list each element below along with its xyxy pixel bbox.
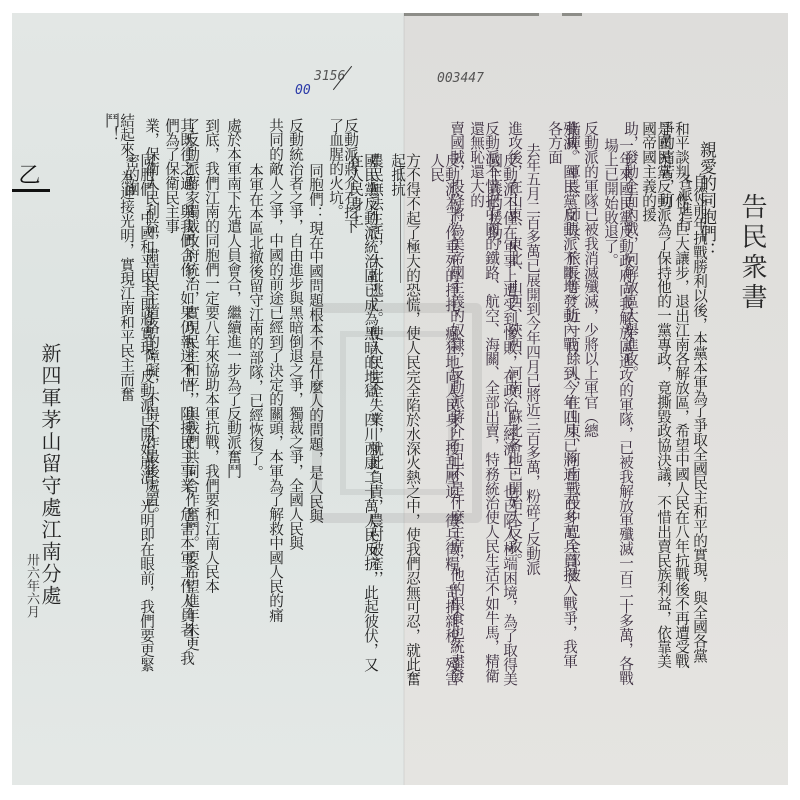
- body-column: 反動派的軍隊已被我消滅殲滅，少將以上軍官（總: [583, 121, 598, 673]
- body-column: 反動派為了作垂死的掙扎，瘋狂地向人民身上搜刮壓迫，徵兵徵糧，苛捐雜稅，殘害人民: [429, 153, 459, 693]
- bleed-through-ink: 乙: [12, 163, 43, 185]
- body-column: 去年五月二百多萬已展開到今年四月已將近三百多萬，粉碎了反動派: [525, 143, 540, 695]
- body-column: 同胞們：現在中國問題根本不是什麼人的問題，是人民與: [308, 163, 323, 663]
- body-column: 本軍在本區北撤後留守江南的部隊，已經恢復了。: [248, 163, 263, 663]
- body-column: 是國民黨反動派為了保持他的一黨專政，竟撕毀政協決議，不惜出賣民族利益，依靠美國帝…: [641, 121, 671, 673]
- archive-handwritten-number-right: 003447: [437, 71, 484, 86]
- body-column: 殲滅。國民黨反動派不斷地發動內戰，到今年四月已將近三百多萬兵員投入戰爭，我軍各方…: [547, 121, 577, 673]
- bleed-through-stroke: [12, 189, 50, 192]
- torn-edge: [562, 13, 582, 16]
- body-column: 共同的敵人之爭，中國的前途已經到了決定的關頭，本軍為了解救中國人民的痛: [268, 118, 283, 678]
- archive-stamp-number: 00: [295, 83, 311, 98]
- document-title: 告民衆書: [734, 193, 771, 313]
- body-column: 其既往之過，與我們合作，如果仍執迷不悟，阻撓民主事業，危害本軍工作人員者，我們為…: [164, 118, 194, 678]
- torn-edge: [404, 13, 539, 16]
- body-column: 一年來國民黨反動政府向我解放區進攻的軍隊，已被我解放軍殲滅一百二十多萬，各戰場上…: [603, 138, 633, 690]
- document-date: 卅六年六月: [22, 553, 41, 618]
- archive-handwritten-number: 3156: [314, 69, 345, 84]
- body-column: 到底，我們江南的同胞們一定要八年來協助本軍抗戰，我們要和江南人民本: [204, 118, 219, 678]
- document-page: 乙 00 3156 003447 告民衆書 親愛的同胞們： 自從前年抗戰勝利以後…: [12, 13, 788, 785]
- body-column: 反動統治者之爭，自由進步與黑暗倒退之爭，獨裁之爭，全國人民與: [288, 118, 303, 678]
- body-column: 處於本軍南下先遣人員會合，繼續進一步為了反動派奮鬥: [226, 118, 241, 678]
- body-column: 方不得不起了極大的恐慌，使人民完全陷於水深火熱之中，使我們忍無可忍，就此奮起抵抗: [390, 153, 420, 693]
- body-column: 反動派不惜把中國的鐵路、航空、海關、全部出賣，特務統治使人民生活不如牛馬，精衛還…: [469, 121, 499, 693]
- body-column: 結起來，為迎接光明，實現江南和平民主而奮鬥！: [104, 113, 134, 413]
- body-column: 反動派蔣介石挖下了血腥的火坑。: [328, 118, 358, 238]
